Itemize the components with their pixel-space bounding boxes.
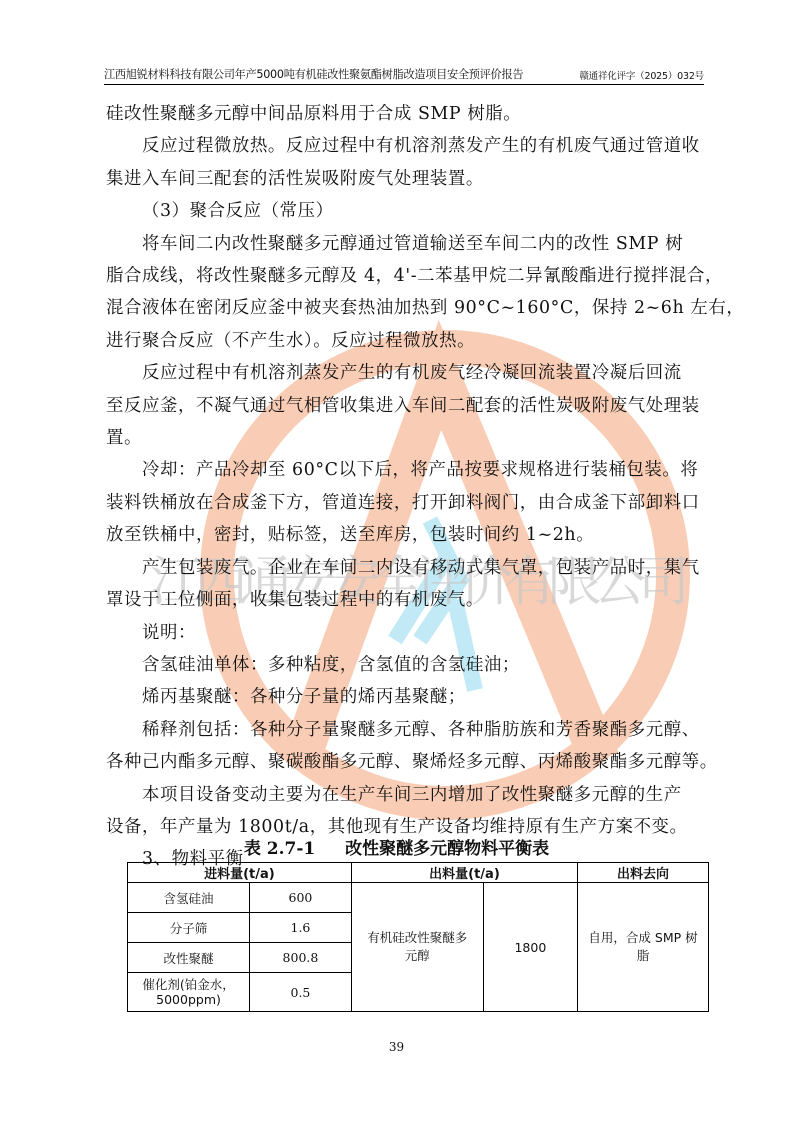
- header-input: 进料量(t/a): [128, 863, 352, 883]
- paragraph-line: 产生包装废气。企业在车间二内设有移动式集气罩，包装产品时，集气: [106, 552, 720, 584]
- table-row: 含氢硅油 600 有机硅改性聚醚多元醇 1800 自用，合成 SMP 树脂: [128, 883, 709, 913]
- paragraph-line: 各种己内酯多元醇、聚碳酸酯多元醇、聚烯烃多元醇、丙烯酸聚酯多元醇等。: [106, 746, 720, 778]
- report-title: 江西旭锐材料科技有限公司年产5000吨有机硅改性聚氨酯树脂改造项目安全预评价报告: [104, 66, 523, 84]
- paragraph-line: 至反应釜，不凝气通过气相管收集进入车间二配套的活性炭吸附废气处理装: [106, 390, 720, 422]
- body-text: 硅改性聚醚多元醇中间品原料用于合成 SMP 树脂。 反应过程微放热。反应过程中有…: [106, 98, 720, 876]
- section-heading: （3）聚合反应（常压）: [106, 195, 720, 227]
- paragraph-line: 反应过程中有机溶剂蒸发产生的有机废气经冷凝回流装置冷凝后回流: [106, 357, 720, 389]
- input-value: 800.8: [250, 943, 352, 973]
- paragraph-line: 装料铁桶放在合成釜下方，管道连接，打开卸料阀门，由合成釜下部卸料口: [106, 487, 720, 519]
- paragraph-line: 烯丙基聚醚：各种分子量的烯丙基聚醚；: [106, 681, 720, 713]
- paragraph-line: 硅改性聚醚多元醇中间品原料用于合成 SMP 树脂。: [106, 98, 720, 130]
- page-header: 江西旭锐材料科技有限公司年产5000吨有机硅改性聚氨酯树脂改造项目安全预评价报告…: [104, 64, 704, 85]
- input-name: 催化剂(铂金水，5000ppm): [128, 973, 250, 1012]
- paragraph-line: 稀释剂包括：各种分子量聚醚多元醇、各种脂肪族和芳香聚酯多元醇、: [106, 714, 720, 746]
- input-name: 改性聚醚: [128, 943, 250, 973]
- table-caption: 表 2.7-1 改性聚醚多元醇物料平衡表: [0, 834, 793, 859]
- output-name: 有机硅改性聚醚多元醇: [351, 883, 483, 1012]
- table-number: 表 2.7-1: [244, 839, 315, 859]
- output-value: 1800: [483, 883, 577, 1012]
- table-title: 改性聚醚多元醇物料平衡表: [345, 839, 549, 859]
- page-number: 39: [0, 1040, 793, 1054]
- paragraph-line: 本项目设备变动主要为在生产车间三内增加了改性聚醚多元醇的生产: [106, 779, 720, 811]
- paragraph-line: 放至铁桶中，密封，贴标签，送至库房，包装时间约 1~2h。: [106, 519, 720, 551]
- input-value: 600: [250, 883, 352, 913]
- paragraph-line: 混合液体在密闭反应釜中被夹套热油加热到 90°C~160°C，保持 2~6h 左…: [106, 292, 720, 324]
- paragraph-line: 罩设于工位侧面，收集包装过程中的有机废气。: [106, 584, 720, 616]
- paragraph-line: 进行聚合反应（不产生水）。反应过程微放热。: [106, 325, 720, 357]
- header-destination: 出料去向: [578, 863, 709, 883]
- header-output: 出料量(t/a): [351, 863, 577, 883]
- paragraph-line: 含氢硅油单体：多种粘度，含氢值的含氢硅油；: [106, 649, 720, 681]
- paragraph-line: 说明：: [106, 617, 720, 649]
- paragraph-line: 冷却：产品冷却至 60°C以下后，将产品按要求规格进行装桶包装。将: [106, 454, 720, 486]
- destination: 自用，合成 SMP 树脂: [578, 883, 709, 1012]
- paragraph-line: 将车间二内改性聚醚多元醇通过管道输送至车间二内的改性 SMP 树: [106, 228, 720, 260]
- material-balance-table: 进料量(t/a) 出料量(t/a) 出料去向 含氢硅油 600 有机硅改性聚醚多…: [127, 862, 709, 1012]
- report-code: 赣通祥化评字（2025）032号: [579, 68, 704, 84]
- input-name: 含氢硅油: [128, 883, 250, 913]
- paragraph-line: 脂合成线，将改性聚醚多元醇及 4，4'-二苯基甲烷二异氰酸酯进行搅拌混合，: [106, 260, 720, 292]
- input-value: 1.6: [250, 913, 352, 943]
- input-name: 分子筛: [128, 913, 250, 943]
- table-header-row: 进料量(t/a) 出料量(t/a) 出料去向: [128, 863, 709, 883]
- paragraph-line: 反应过程微放热。反应过程中有机溶剂蒸发产生的有机废气通过管道收: [106, 130, 720, 162]
- input-value: 0.5: [250, 973, 352, 1012]
- paragraph-line: 集进入车间三配套的活性炭吸附废气处理装置。: [106, 163, 720, 195]
- paragraph-line: 置。: [106, 422, 720, 454]
